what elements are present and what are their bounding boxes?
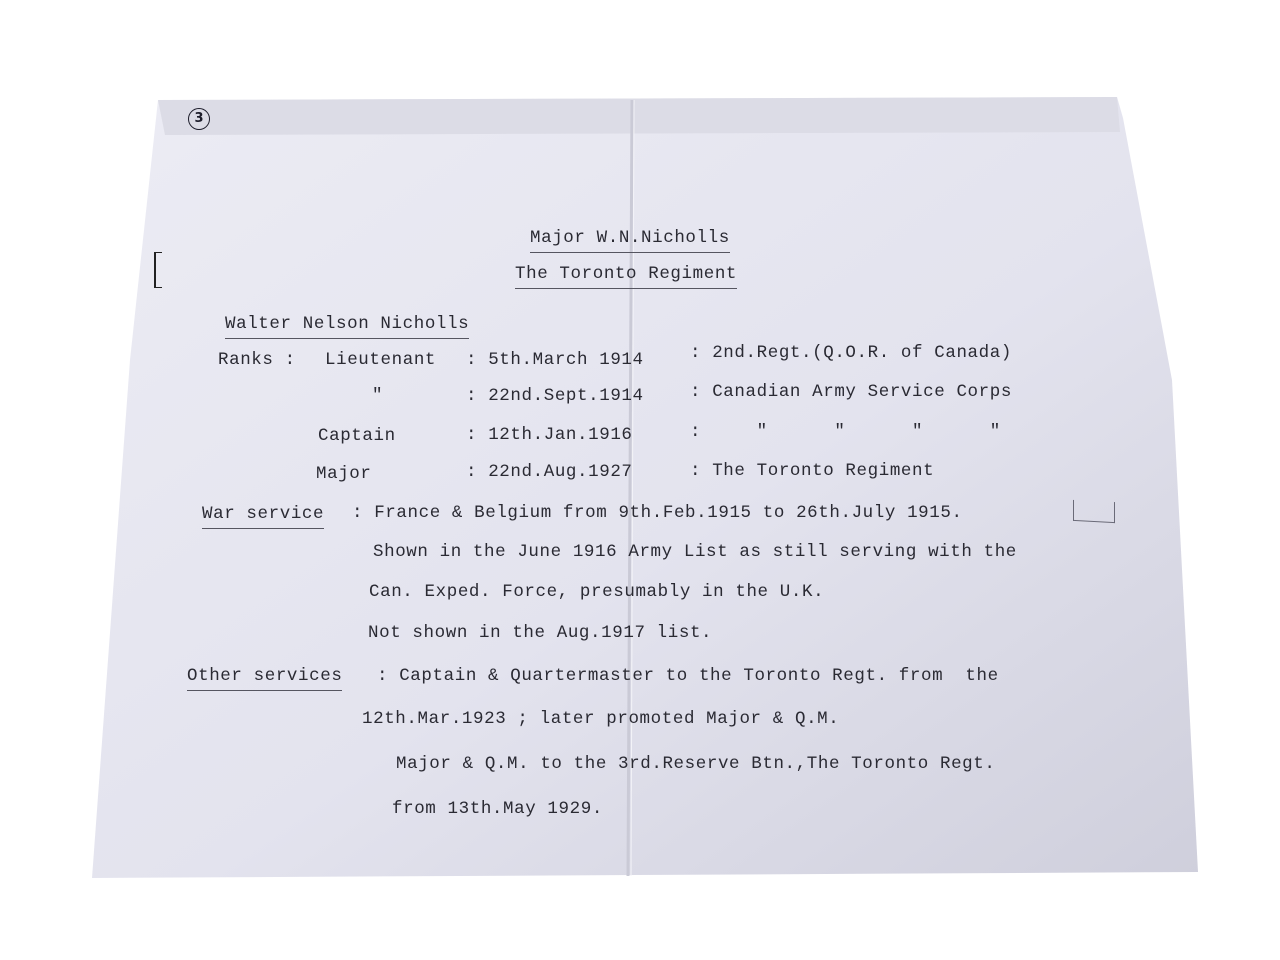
rank-1: Lieutenant xyxy=(325,350,436,370)
rank-3-unit: : " " " " xyxy=(690,422,1001,442)
other-services-line-3: Major & Q.M. to the 3rd.Reserve Btn.,The… xyxy=(396,754,996,774)
war-service-label: War service xyxy=(202,504,324,529)
full-name: Walter Nelson Nicholls xyxy=(225,314,469,339)
rank-4-date: : 22nd.Aug.1927 xyxy=(466,462,633,482)
other-services-label: Other services xyxy=(187,666,342,691)
rank-3: Captain xyxy=(318,426,396,446)
rank-4: Major xyxy=(316,464,372,484)
war-service-line-2: Shown in the June 1916 Army List as stil… xyxy=(373,542,1017,562)
rank-1-unit: : 2nd.Regt.(Q.O.R. of Canada) xyxy=(690,343,1012,363)
page-number-marker: 3 xyxy=(188,108,210,130)
doc-title-name: Major W.N.Nicholls xyxy=(530,228,730,253)
war-service-line-3: Can. Exped. Force, presumably in the U.K… xyxy=(369,582,824,602)
other-services-line-4: from 13th.May 1929. xyxy=(392,799,603,819)
other-services-line-2: 12th.Mar.1923 ; later promoted Major & Q… xyxy=(362,709,839,729)
rank-3-date: : 12th.Jan.1916 xyxy=(466,425,633,445)
war-service-line-4: Not shown in the Aug.1917 list. xyxy=(368,623,712,643)
rank-2-date: : 22nd.Sept.1914 xyxy=(466,386,644,406)
pencil-bracket-mark xyxy=(154,252,162,288)
document-sheet: 3 Major W.N.Nicholls The Toronto Regimen… xyxy=(0,0,1280,960)
pencil-box-mark xyxy=(1073,500,1115,523)
ranks-label: Ranks : xyxy=(218,350,296,370)
rank-2: " xyxy=(372,386,383,406)
war-service-line-1: : France & Belgium from 9th.Feb.1915 to … xyxy=(352,503,963,523)
paper-background xyxy=(0,0,1280,960)
rank-4-unit: : The Toronto Regiment xyxy=(690,461,934,481)
other-services-line-1: : Captain & Quartermaster to the Toronto… xyxy=(377,666,999,686)
rank-1-date: : 5th.March 1914 xyxy=(466,350,644,370)
doc-title-regiment: The Toronto Regiment xyxy=(515,264,737,289)
rank-2-unit: : Canadian Army Service Corps xyxy=(690,382,1012,402)
